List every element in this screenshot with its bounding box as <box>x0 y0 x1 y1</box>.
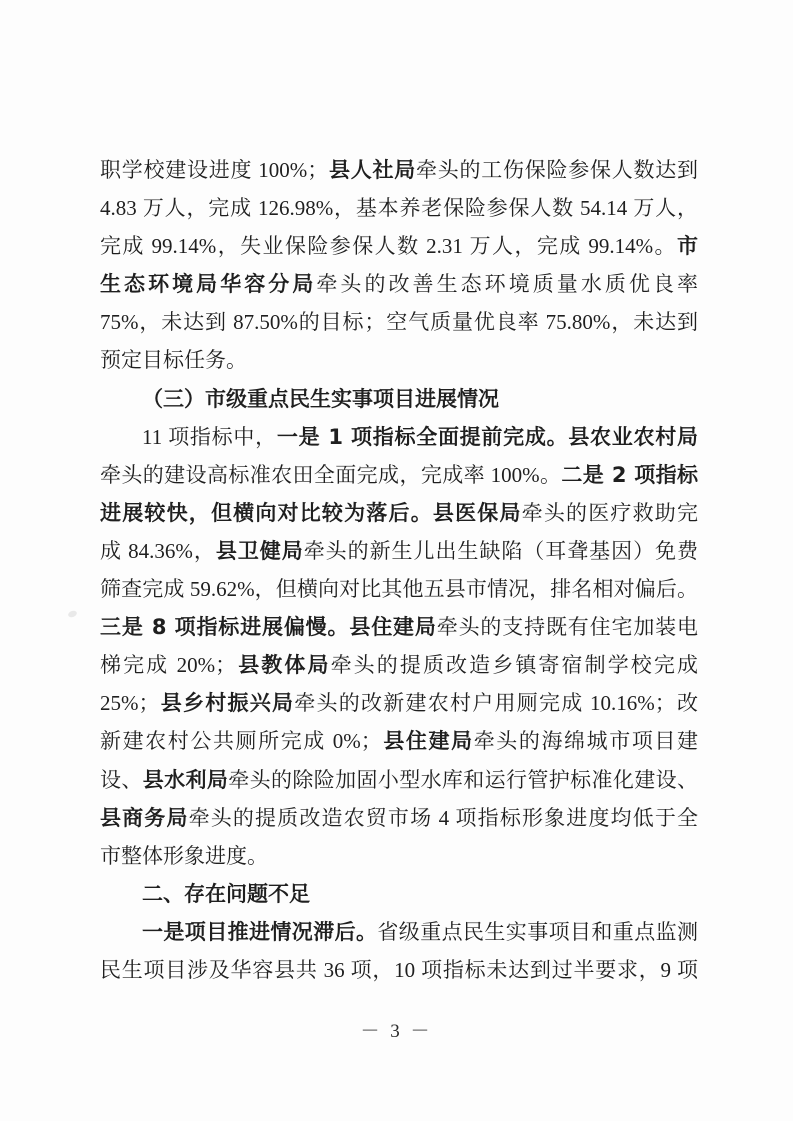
bold-text-segment: 县人社局 <box>328 158 416 182</box>
bold-text-segment: 一是 1 项指标全面提前完成。县农业农村局 <box>277 425 698 449</box>
text-line: 75%，未达到 87.50%的目标；空气质量优良率 75.80%，未达到 <box>100 303 698 341</box>
text-segment: 4.83 万人，完成 126.98%，基本养老保险参保人数 54.14 万人， <box>100 196 698 220</box>
text-segment: 牵头的改新建农村户用厕完成 10.16%；改 <box>294 691 698 715</box>
bold-text-segment: 一是项目推进情况滞后。 <box>142 920 377 944</box>
text-segment: 预定目标任务。 <box>100 348 247 372</box>
document-body: 职学校建设进度 100%；县人社局牵头的工伤保险参保人数达到4.83 万人，完成… <box>100 151 698 989</box>
text-segment: 设、 <box>100 768 143 792</box>
document-page: 职学校建设进度 100%；县人社局牵头的工伤保险参保人数达到4.83 万人，完成… <box>0 0 793 1121</box>
text-segment: 牵头的新生儿出生缺陷（耳聋基因）免费 <box>304 539 698 563</box>
scan-artifact <box>67 610 78 619</box>
text-segment: 11 项指标中， <box>142 425 277 449</box>
text-segment: 筛查完成 59.62%，但横向对比其他五县市情况，排名相对偏后。 <box>100 577 698 601</box>
page-footer: － 3 － <box>0 1016 793 1043</box>
text-line: 25%；县乡村振兴局牵头的改新建农村户用厕完成 10.16%；改 <box>100 684 698 722</box>
bold-text-segment: 县水利局 <box>143 768 228 792</box>
text-segment: 完成 99.14%，失业保险参保人数 2.31 万人，完成 99.14%。 <box>100 234 677 258</box>
bold-text-segment: 进展较快，但横向对比较为落后。县医保局 <box>100 501 522 525</box>
page-number: － 3 － <box>360 1021 432 1042</box>
text-segment: 牵头的工伤保险参保人数达到 <box>416 158 698 182</box>
text-segment: 牵头的改善生态环境质量水质优良率 <box>316 272 698 296</box>
text-segment: 市整体形象进度。 <box>100 844 268 868</box>
bold-text-segment: 县卫健局 <box>216 539 304 563</box>
text-line: 设、县水利局牵头的除险加固小型水库和运行管护标准化建设、 <box>100 761 698 799</box>
text-line: 成 84.36%，县卫健局牵头的新生儿出生缺陷（耳聋基因）免费 <box>100 532 698 570</box>
text-line: 生态环境局华容分局牵头的改善生态环境质量水质优良率 <box>100 265 698 303</box>
text-line: 民生项目涉及华容县共 36 项，10 项指标未达到过半要求，9 项 <box>100 951 698 989</box>
text-segment: 省级重点民生实事项目和重点监测 <box>377 920 698 944</box>
text-line: 市整体形象进度。 <box>100 837 698 875</box>
bold-text-segment: 二、存在问题不足 <box>142 882 310 906</box>
text-line: 职学校建设进度 100%；县人社局牵头的工伤保险参保人数达到 <box>100 151 698 189</box>
bold-text-segment: 县乡村振兴局 <box>160 691 295 715</box>
text-segment: 牵头的提质改造乡镇寄宿制学校完成 <box>331 653 698 677</box>
text-segment: 牵头的提质改造农贸市场 4 项指标形象进度均低于全 <box>189 806 698 830</box>
bold-text-segment: 县住建局 <box>382 729 474 753</box>
text-segment: 25%； <box>100 691 160 715</box>
text-line: 梯完成 20%；县教体局牵头的提质改造乡镇寄宿制学校完成 <box>100 646 698 684</box>
text-line: 一是项目推进情况滞后。省级重点民生实事项目和重点监测 <box>100 913 698 951</box>
text-line: 筛查完成 59.62%，但横向对比其他五县市情况，排名相对偏后。 <box>100 570 698 608</box>
bold-text-segment: （三）市级重点民生实事项目进展情况 <box>142 387 499 411</box>
text-segment: 牵头的除险加固小型水库和运行管护标准化建设、 <box>228 768 698 792</box>
heading-line: 二、存在问题不足 <box>100 875 698 913</box>
text-segment: 牵头的支持既有住宅加装电 <box>437 615 698 639</box>
text-segment: 75%，未达到 87.50%的目标；空气质量优良率 75.80%，未达到 <box>100 310 698 334</box>
text-segment: 梯完成 20%； <box>100 653 236 677</box>
bold-text-segment: 县教体局 <box>236 653 330 677</box>
text-segment: 牵头的海绵城市项目建 <box>474 729 698 753</box>
text-line: 完成 99.14%，失业保险参保人数 2.31 万人，完成 99.14%。市 <box>100 227 698 265</box>
bold-text-segment: 生态环境局华容分局 <box>100 272 316 296</box>
heading-line: （三）市级重点民生实事项目进展情况 <box>100 380 698 418</box>
text-segment: 成 84.36%， <box>100 539 216 563</box>
text-line: 新建农村公共厕所完成 0%；县住建局牵头的海绵城市项目建 <box>100 722 698 760</box>
text-line: 预定目标任务。 <box>100 341 698 379</box>
bold-text-segment: 县商务局 <box>100 806 189 830</box>
bold-text-segment: 三是 8 项指标进展偏慢。县住建局 <box>100 615 437 639</box>
text-line: 三是 8 项指标进展偏慢。县住建局牵头的支持既有住宅加装电 <box>100 608 698 646</box>
text-line: 进展较快，但横向对比较为落后。县医保局牵头的医疗救助完 <box>100 494 698 532</box>
bold-text-segment: 二是 2 项指标 <box>561 463 698 487</box>
text-segment: 牵头的医疗救助完 <box>522 501 698 525</box>
text-segment: 新建农村公共厕所完成 0%； <box>100 729 382 753</box>
text-segment: 民生项目涉及华容县共 36 项，10 项指标未达到过半要求，9 项 <box>100 958 698 982</box>
text-line: 县商务局牵头的提质改造农贸市场 4 项指标形象进度均低于全 <box>100 799 698 837</box>
text-line: 4.83 万人，完成 126.98%，基本养老保险参保人数 54.14 万人， <box>100 189 698 227</box>
text-line: 牵头的建设高标准农田全面完成，完成率 100%。二是 2 项指标 <box>100 456 698 494</box>
text-segment: 牵头的建设高标准农田全面完成，完成率 100%。 <box>100 463 561 487</box>
text-line: 11 项指标中，一是 1 项指标全面提前完成。县农业农村局 <box>100 418 698 456</box>
bold-text-segment: 市 <box>677 234 698 258</box>
text-segment: 职学校建设进度 100%； <box>100 158 328 182</box>
